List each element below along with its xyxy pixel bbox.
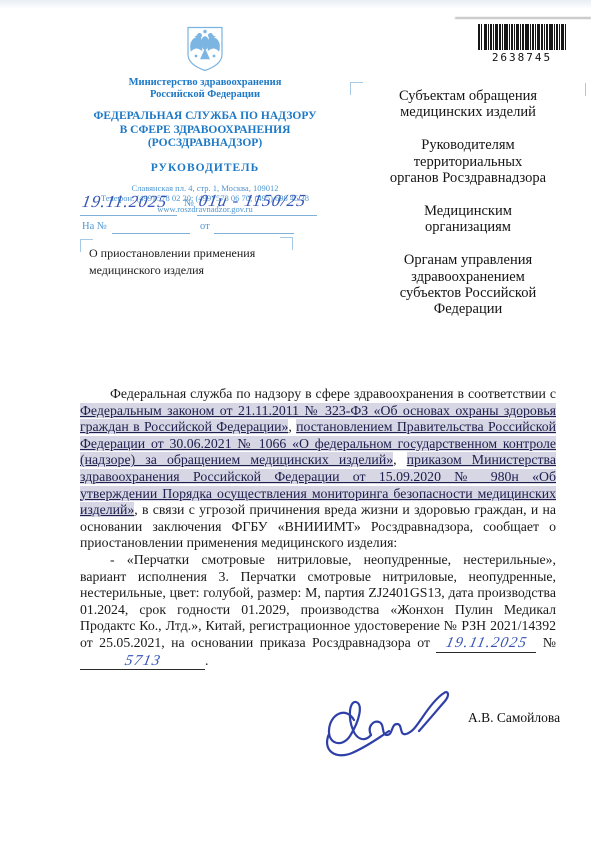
body-text: , в связи с угрозой причинения вреда жиз…: [80, 502, 556, 550]
corner-bracket-icon: [350, 82, 363, 95]
addressee-line: органов Росздравнадзора: [350, 170, 586, 186]
addressee-line: Субъектам обращения: [350, 88, 586, 104]
date-underline: [80, 215, 177, 216]
addressee-line: организациям: [350, 219, 586, 235]
barcode-number: 2638745: [474, 51, 570, 64]
outgoing-number-row: 19.11.2025 № 01и - 1150/25: [80, 192, 350, 222]
addressee-group: Субъектам обращения медицинских изделий: [350, 88, 586, 120]
letter-page: 2638745 Министерство здравоохранения Рос…: [0, 0, 591, 852]
handwritten-order-date-blank: 19.11.2025: [436, 635, 536, 653]
ministry-line: Российской Федерации: [55, 89, 355, 101]
signer-name: А.В. Самойлова: [468, 710, 560, 726]
addressee-line: Руководителям: [350, 137, 586, 153]
signer-role-title: РУКОВОДИТЕЛЬ: [55, 162, 355, 174]
reference-number-blank: [112, 233, 190, 234]
subject-line: О приостановлении применения: [89, 245, 255, 262]
na-no-label: На №: [82, 221, 107, 232]
body-text: ,: [393, 452, 407, 467]
ot-label: от: [200, 221, 210, 232]
reference-date-blank: [214, 233, 294, 234]
service-line: ФЕДЕРАЛЬНАЯ СЛУЖБА ПО НАДЗОРУ: [55, 110, 355, 124]
handwritten-order-number-blank: 5713: [80, 653, 205, 671]
scan-edge-shadow: [0, 0, 591, 9]
service-line: (РОСЗДРАВНАДЗОР): [55, 137, 355, 151]
addressee-line: здравоохранением: [350, 269, 586, 285]
body-text: Федеральная служба по надзору в сфере зд…: [110, 386, 556, 401]
ministry-line: Министерство здравоохранения: [55, 77, 355, 89]
signature-autograph-icon: [318, 688, 468, 768]
divider-line: [455, 17, 591, 19]
handwritten-order-date: 19.11.2025: [444, 635, 529, 652]
number-sign-label: №: [184, 198, 194, 209]
addressee-block: Субъектам обращения медицинских изделий …: [350, 82, 586, 334]
body-text: ,: [288, 419, 296, 434]
body-paragraph-legal-basis: Федеральная служба по надзору в сфере зд…: [80, 386, 556, 552]
letter-body: Федеральная служба по надзору в сфере зд…: [80, 386, 556, 670]
letterhead: Министерство здравоохранения Российской …: [55, 26, 355, 214]
coat-of-arms-icon: [185, 26, 225, 72]
addressee-line: медицинских изделий: [350, 104, 586, 120]
ministry-title: Министерство здравоохранения Российской …: [55, 77, 355, 101]
corner-bracket-icon: [585, 83, 586, 96]
addressee-group: Органам управления здравоохранением субъ…: [350, 252, 586, 317]
number-sign-label: №: [543, 635, 556, 650]
body-text: .: [205, 653, 208, 668]
corner-bracket-icon: [280, 237, 293, 250]
addressee-group: Медицинским организациям: [350, 203, 586, 235]
reference-number-row: На № от: [80, 221, 350, 237]
handwritten-letter-number: 01и - 1150/25: [197, 191, 308, 211]
service-line: В СФЕРЕ ЗДРАВООХРАНЕНИЯ: [55, 124, 355, 138]
addressee-line: Федерации: [350, 301, 586, 317]
handwritten-letter-date: 19.11.2025: [80, 192, 169, 212]
addressee-line: субъектов Российской: [350, 285, 586, 301]
handwritten-order-number: 5713: [123, 653, 163, 670]
subject-block: О приостановлении применения медицинског…: [80, 238, 293, 290]
body-paragraph-device-details: - «Перчатки смотровые нитриловые, неопуд…: [80, 552, 556, 670]
addressee-line: территориальных: [350, 154, 586, 170]
barcode-icon: [478, 24, 566, 50]
number-underline: [197, 215, 317, 216]
service-title: ФЕДЕРАЛЬНАЯ СЛУЖБА ПО НАДЗОРУ В СФЕРЕ ЗД…: [55, 110, 355, 151]
addressee-group: Руководителям территориальных органов Ро…: [350, 137, 586, 186]
addressee-line: Органам управления: [350, 252, 586, 268]
subject-line: медицинского изделия: [89, 262, 255, 279]
subject-text: О приостановлении применения медицинског…: [89, 245, 255, 278]
addressee-line: Медицинским: [350, 203, 586, 219]
